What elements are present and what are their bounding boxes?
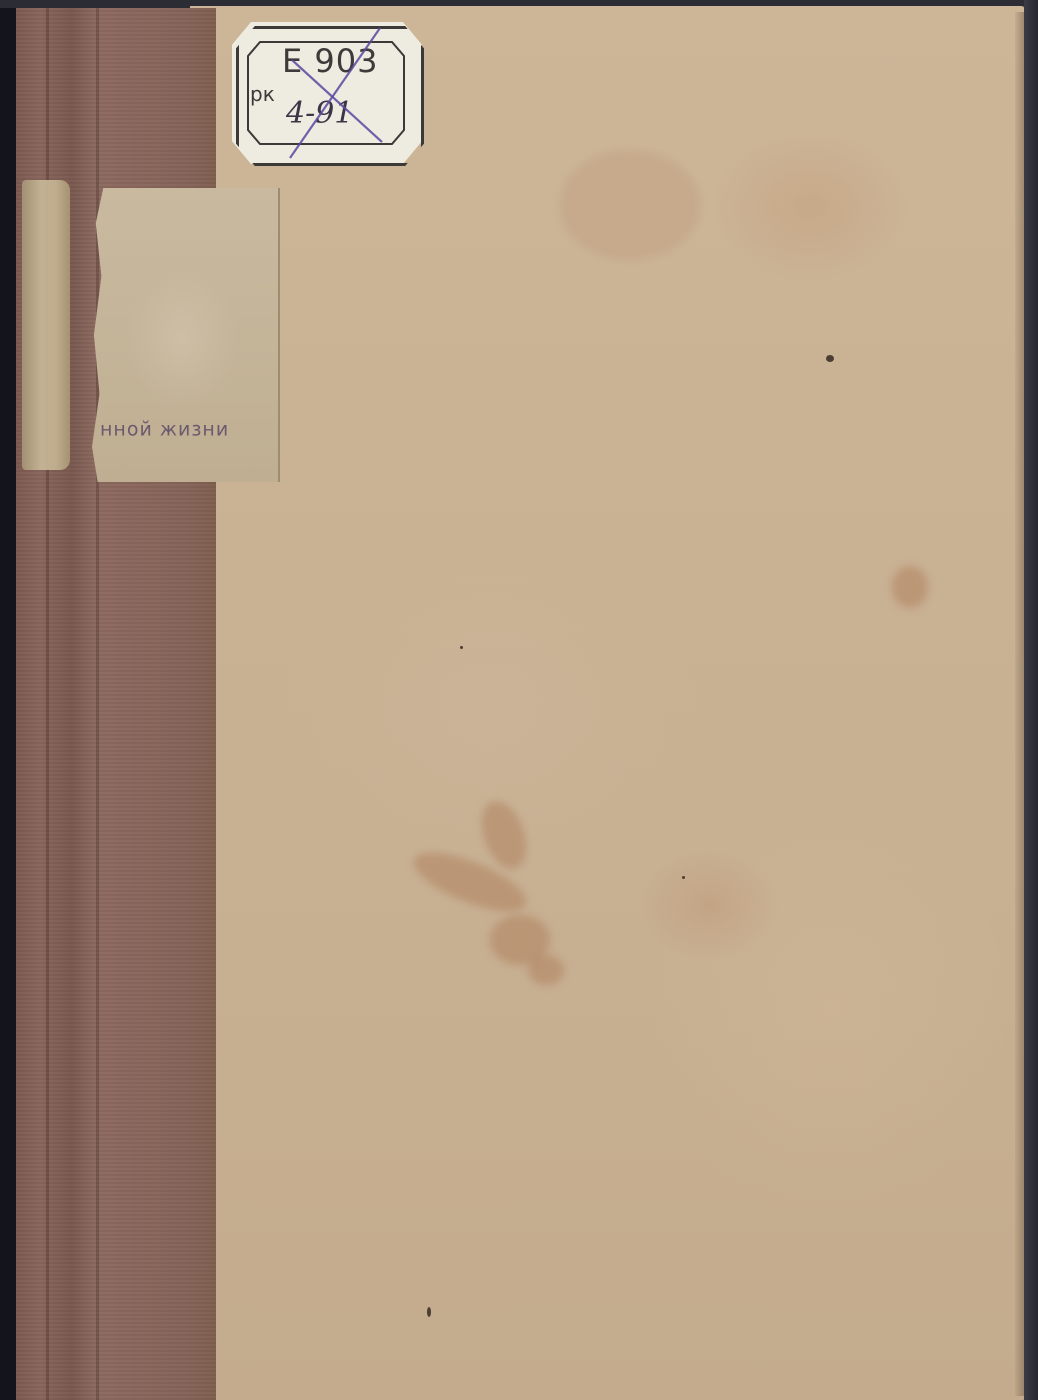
title-label-text: нной жизни xyxy=(100,417,300,440)
spot-3 xyxy=(427,1307,431,1317)
scan-background-right xyxy=(1024,0,1038,1400)
stain-upper xyxy=(560,150,700,260)
spot-4 xyxy=(682,876,685,879)
stamp-prefix: рк xyxy=(250,82,275,106)
spot-5 xyxy=(460,646,463,649)
shelfmark-line-2: 4-91 xyxy=(286,96,353,131)
spot-1 xyxy=(826,355,834,362)
stain-round xyxy=(892,566,928,608)
book-cover-scan: нной жизни рк E 903 4-91 xyxy=(0,0,1038,1400)
shelfmark-line-1: E 903 xyxy=(282,42,378,80)
stain-streak-4 xyxy=(528,955,564,985)
spine-worn-patch xyxy=(22,180,70,470)
scan-background-left xyxy=(0,0,16,1400)
